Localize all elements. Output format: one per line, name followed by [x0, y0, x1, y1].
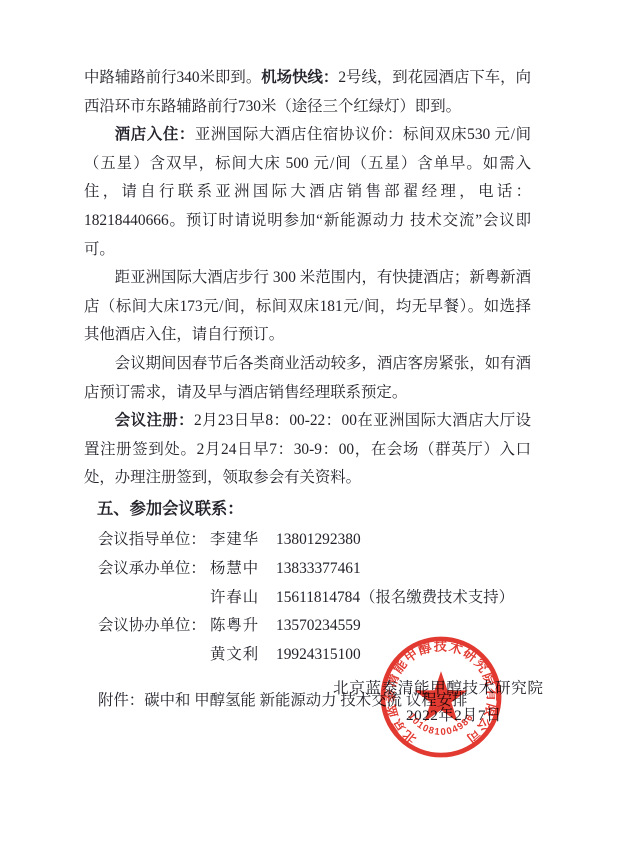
contact-name: 陈粤升: [210, 612, 276, 641]
contact-role-label: 会议指导单位：: [98, 526, 210, 555]
contact-name: 黄文利: [210, 641, 276, 670]
contact-name: 李建华: [210, 526, 276, 555]
contact-phone: 13833377461: [276, 555, 361, 584]
official-red-seal: 北京蓝泰清能甲醇技术研究院有限公司 11010810049865: [358, 614, 524, 780]
seal-registration-code: 11010810049865: [358, 614, 476, 738]
contact-row: 许春山15611814784（报名缴费技术支持）: [98, 584, 531, 613]
registration-label: 会议注册：: [115, 412, 194, 429]
text-run: 距亚洲国际大酒店步行 300 米范围内，有快捷酒店；新粤新酒店（标间大床173元…: [84, 269, 531, 343]
contact-role-label: [98, 641, 210, 670]
contact-role-label: 会议承办单位：: [98, 555, 210, 584]
contact-row: 会议承办单位：杨慧中13833377461: [98, 555, 531, 584]
airport-express-label: 机场快线：: [261, 69, 338, 86]
section-heading-contacts: 五、参加会议联系：: [97, 495, 531, 524]
contact-phone: 19924315100: [276, 641, 361, 670]
hotel-checkin-label: 酒店入住：: [115, 126, 195, 143]
contact-name: 许春山: [210, 584, 276, 613]
contact-name: 杨慧中: [210, 555, 276, 584]
contact-phone: 13801292380: [276, 526, 361, 555]
contact-phone: 15611814784: [276, 584, 360, 613]
star-icon: [414, 671, 467, 722]
paragraph-nearby-hotels: 距亚洲国际大酒店步行 300 米范围内，有快捷酒店；新粤新酒店（标间大床173元…: [84, 264, 531, 350]
text-run: 中路辅路前行340米即到。: [84, 69, 261, 86]
contact-note: （报名缴费技术支持）: [360, 584, 514, 613]
contact-row: 会议指导单位：李建华13801292380: [98, 526, 531, 555]
contact-role-label: [98, 584, 210, 613]
paragraph-registration: 会议注册：2月23日早8：00-22：00在亚洲国际大酒店大厅设置注册签到处。2…: [84, 407, 531, 493]
document-page: 中路辅路前行340米即到。机场快线：2号线，到花园酒店下车，向西沿环市东路辅路前…: [0, 0, 620, 857]
text-run: 会议期间因春节后各类商业活动较多，酒店客房紧张，如有酒店预订需求，请及早与酒店销…: [84, 355, 531, 401]
contact-role-label: 会议协办单位：: [98, 612, 210, 641]
paragraph-booking-advice: 会议期间因春节后各类商业活动较多，酒店客房紧张，如有酒店预订需求，请及早与酒店销…: [84, 350, 531, 407]
text-run: 亚洲国际大酒店住宿协议价：标间双床530 元/间（五星）含双早，标间大床 500…: [84, 126, 531, 257]
contact-phone: 13570234559: [276, 612, 361, 641]
paragraph-hotel-checkin: 酒店入住：亚洲国际大酒店住宿协议价：标间双床530 元/间（五星）含双早，标间大…: [84, 121, 531, 264]
paragraph-transit-directions: 中路辅路前行340米即到。机场快线：2号线，到花园酒店下车，向西沿环市东路辅路前…: [84, 64, 531, 121]
attachment-label: 附件：: [98, 687, 144, 716]
